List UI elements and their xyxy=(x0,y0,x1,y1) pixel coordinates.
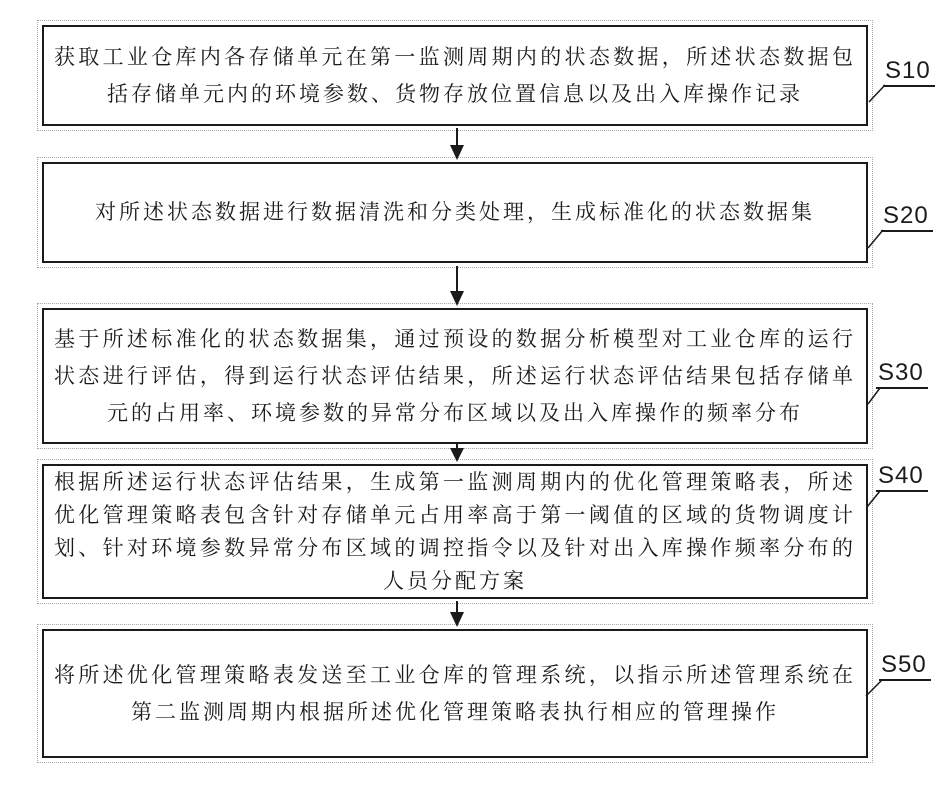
step-label-s30: S30 xyxy=(876,360,928,389)
leader-line-s50 xyxy=(866,680,882,696)
flow-arrow-2 xyxy=(450,266,464,306)
flow-arrow-1 xyxy=(450,128,464,160)
patent-flowchart-figure: 获取工业仓库内各存储单元在第一监测周期内的状态数据，所述状态数据包括存储单元内的… xyxy=(0,0,941,810)
leader-line-s20 xyxy=(868,230,883,248)
leader-line-s30 xyxy=(868,388,880,404)
step-label-s50: S50 xyxy=(879,652,931,681)
step-label-s20: S20 xyxy=(881,203,933,232)
step-box-s20: 对所述状态数据进行数据清洗和分类处理，生成标准化的状态数据集 xyxy=(42,162,868,263)
step-box-s40: 根据所述运行状态评估结果，生成第一监测周期内的优化管理策略表，所述优化管理策略表… xyxy=(42,464,868,599)
flow-arrow-4 xyxy=(450,601,464,627)
step-box-s50: 将所述优化管理策略表发送至工业仓库的管理系统，以指示所述管理系统在第二监测周期内… xyxy=(42,629,868,758)
step-box-s30: 基于所述标准化的状态数据集，通过预设的数据分析模型对工业仓库的运行状态进行评估，… xyxy=(42,308,868,444)
step-label-s10: S10 xyxy=(883,58,935,87)
step-text-s20: 对所述状态数据进行数据清洗和分类处理，生成标准化的状态数据集 xyxy=(54,194,856,231)
step-label-s40: S40 xyxy=(876,463,928,492)
step-text-s50: 将所述优化管理策略表发送至工业仓库的管理系统，以指示所述管理系统在第二监测周期内… xyxy=(54,657,856,731)
step-text-s30: 基于所述标准化的状态数据集，通过预设的数据分析模型对工业仓库的运行状态进行评估，… xyxy=(54,321,856,432)
step-box-s10: 获取工业仓库内各存储单元在第一监测周期内的状态数据，所述状态数据包括存储单元内的… xyxy=(42,25,868,126)
step-text-s10: 获取工业仓库内各存储单元在第一监测周期内的状态数据，所述状态数据包括存储单元内的… xyxy=(54,39,856,113)
leader-line-s40 xyxy=(867,491,880,507)
flow-arrow-3 xyxy=(450,444,464,462)
step-text-s40: 根据所述运行状态评估结果，生成第一监测周期内的优化管理策略表，所述优化管理策略表… xyxy=(54,466,856,598)
leader-line-s10 xyxy=(869,85,885,102)
